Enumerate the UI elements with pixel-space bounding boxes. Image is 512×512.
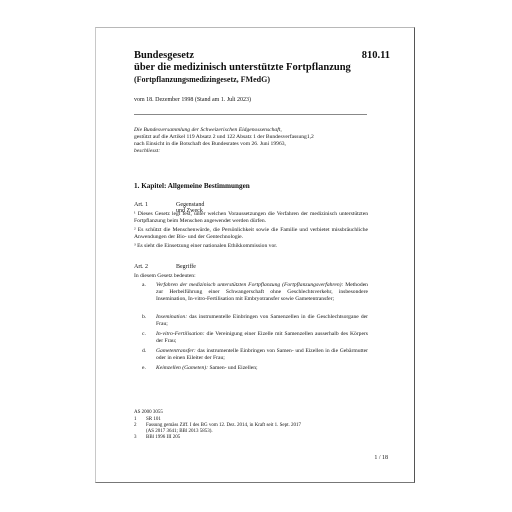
article-1-heading: Art. 1 Gegenstand und Zweck — [134, 202, 148, 208]
article-1-para-1: ¹ Dieses Gesetz legt fest, unter welchen… — [134, 211, 368, 225]
article-1-para-2: ² Es schützt die Menschenwürde, die Pers… — [134, 227, 368, 241]
title-line-1: Bundesgesetz — [134, 50, 351, 62]
article-number: Art. 1 — [134, 202, 148, 208]
divider — [134, 114, 367, 115]
article-number: Art. 2 — [134, 264, 148, 270]
article-2-heading: Art. 2 Begriffe — [134, 264, 148, 270]
title-short: (Fortpflanzungsmedizingesetz, FMedG) — [134, 74, 351, 85]
footnote-as-reference: AS 2000 3055 — [134, 410, 163, 416]
sr-number: 810.11 — [362, 50, 390, 61]
document-page: 810.11 Bundesgesetz über die medizinisch… — [95, 27, 415, 483]
preamble: Die Bundesversammlung der Schweizerische… — [134, 127, 368, 155]
title-line-2: über die medizinisch unterstützte Fortpf… — [134, 62, 351, 74]
document-title: Bundesgesetz über die medizinisch unters… — [134, 50, 351, 85]
preamble-line-2: nach Einsicht in die Botschaft des Bunde… — [134, 141, 368, 148]
chapter-heading: 1. Kapitel: Allgemeine Bestimmungen — [134, 182, 250, 190]
preamble-intro: Die Bundesversammlung der Schweizerische… — [134, 127, 368, 134]
article-1-para-3: ³ Es sieht die Einsetzung einer national… — [134, 243, 368, 250]
article-title: Begriffe — [176, 264, 196, 270]
preamble-line-1: gestützt auf die Artikel 119 Absatz 2 un… — [134, 134, 368, 141]
page-number: 1 / 18 — [374, 455, 388, 461]
document-date: vom 18. Dezember 1998 (Stand am 1. Juli … — [134, 97, 251, 103]
preamble-decision: beschliesst: — [134, 148, 368, 155]
article-2-intro: In diesem Gesetz bedeuten: — [134, 273, 368, 280]
